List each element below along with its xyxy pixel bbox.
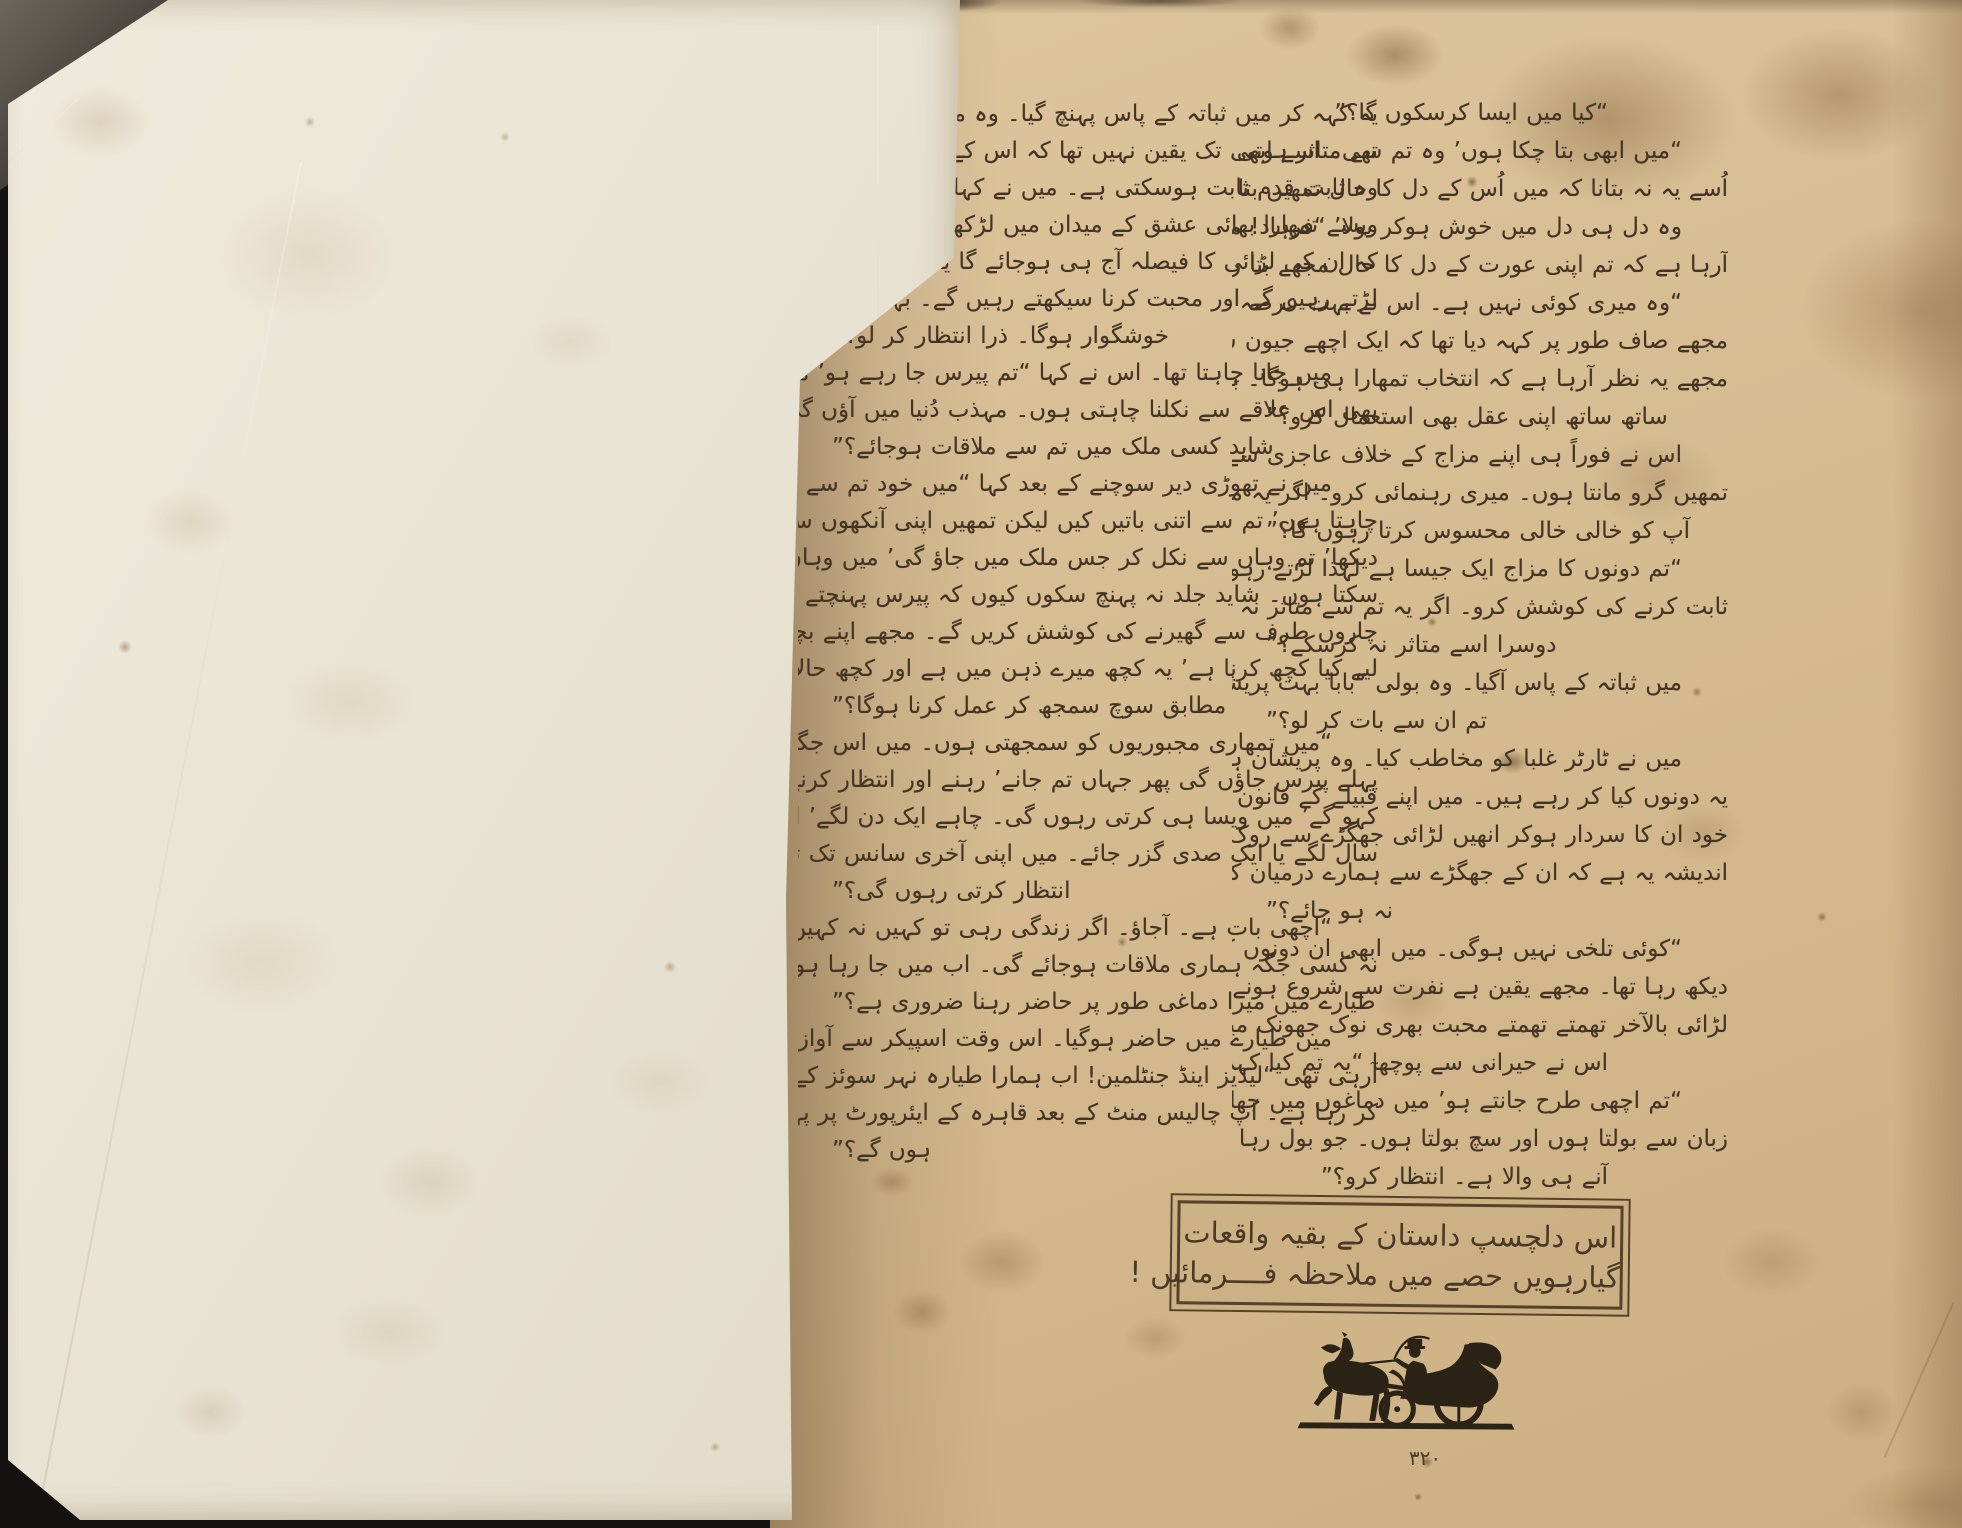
text-line: “میں تمھاری مجبوریوں کو سمجھتی ہوں۔ میں … — [798, 725, 1378, 762]
notice-box-inner: اس دلچسپ داستان کے بقیہ واقعات گیارہویں … — [1176, 1200, 1623, 1309]
text-line: سکتا ہوں۔ شاید جلد نہ پہنچ سکوں کیوں کہ … — [798, 577, 1378, 614]
page-number: ۳۲۰ — [1385, 1446, 1465, 1470]
text-line: لیے کیا کچھ کرنا ہے’ یہ کچھ میرے ذہن میں… — [798, 651, 1378, 688]
text-line: چاروں طرف سے گھیرنے کی کوشش کریں گے۔ مجھ… — [798, 614, 1378, 651]
book-scan: “کیا میں ایسا کرسکوں گا؟”“میں ابھی بتا چ… — [0, 0, 1962, 1528]
text-line: کہو گے’ میں ویسا ہی کرتی رہوں گی۔ چاہے ا… — [798, 799, 1378, 836]
notice-line-2: گیارہویں حصے میں ملاحظہ فــــرمائیں ! — [1180, 1255, 1620, 1294]
text-line: بھی اس علاقے سے نکلنا چاہتی ہوں۔ مہذب دُ… — [798, 392, 1378, 429]
text-line: خوشگوار ہوگا۔ ذرا انتظار کر لو؟” — [798, 318, 1378, 355]
text-line: دیکھا’ تم وہاں سے نکل کر جس ملک میں جاؤ … — [798, 540, 1378, 577]
text-line: انتظار کرتی رہوں گی؟” — [798, 873, 1378, 910]
notice-line-1: اس دلچسپ داستان کے بقیہ واقعات — [1180, 1215, 1620, 1254]
text-line: میں طیارے میں حاضر ہوگیا۔ اس وقت اسپیکر … — [798, 1021, 1378, 1058]
text-line: پہلے پیرس جاؤں گی پھر جہاں تم جانے’ رہنے… — [798, 762, 1378, 799]
text-line: سال لگے یا ایک صدی گزر جائے۔ میں اپنی آخ… — [798, 836, 1378, 873]
fold-crease — [39, 162, 302, 1507]
text-line: میں جانا چاہتا تھا۔ اس نے کہا “تم پیرس ج… — [798, 355, 1378, 392]
horse-carriage-illustration — [1296, 1326, 1516, 1438]
fold-crease — [0, 98, 79, 253]
text-line: شاید کسی ملک میں تم سے ملاقات ہوجائے؟” — [798, 429, 1378, 466]
text-line: ہوں گے؟” — [798, 1132, 1378, 1169]
notice-box: اس دلچسپ داستان کے بقیہ واقعات گیارہویں … — [1169, 1193, 1630, 1317]
paper-crease — [1884, 1302, 1955, 1458]
text-line: طیارے میں میرا دماغی طور پر حاضر رہنا ضر… — [798, 984, 1378, 1021]
text-line: نہ کسی جگہ ہماری ملاقات ہوجائے گی۔ اب می… — [798, 947, 1378, 984]
text-line: میں نے تھوڑی دیر سوچنے کے بعد کہا “میں خ… — [798, 466, 1378, 503]
text-line: آرہی تھی “لیڈیز اینڈ جنٹلمین! اب ہمارا ط… — [798, 1058, 1378, 1095]
text-line: مطابق سوچ سمجھ کر عمل کرنا ہوگا؟” — [798, 688, 1378, 725]
text-line: کر رہا ہے۔ آپ چالیس منٹ کے بعد قاہرہ کے … — [798, 1095, 1378, 1132]
text-line: “اچھی بات ہے۔ آجاؤ۔ اگر زندگی رہی تو کہی… — [798, 910, 1378, 947]
text-line: چاہتا ہوں’ تم سے اتنی باتیں کیں لیکن تمھ… — [798, 503, 1378, 540]
